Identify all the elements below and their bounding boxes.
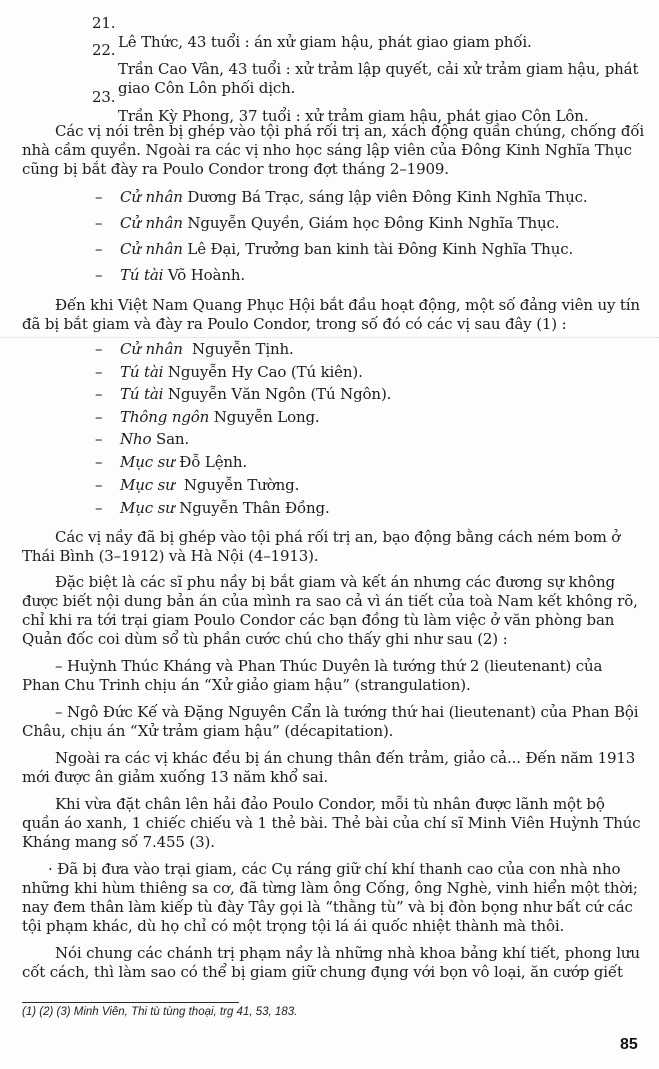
- list-item: –Nho San.: [95, 430, 189, 449]
- paragraph-line: Phan Chu Trinh chịu án “Xử giảo giam hậu…: [22, 676, 643, 695]
- footnote: (1) (2) (3) Minh Viên, Thi tù tùng thoại…: [22, 1005, 297, 1019]
- list-item: –Mục sư Đỗ Lệnh.: [95, 453, 247, 472]
- dash-bullet: –: [95, 266, 120, 285]
- item-title: Tú tài: [120, 266, 163, 284]
- paragraph-line: – Ngô Đức Kế và Đặng Nguyên Cẩn là tướng…: [22, 703, 643, 722]
- paragraph-line: Thái Bình (3–1912) và Hà Nội (4–1913).: [22, 547, 643, 566]
- paragraph-line: Các vị nầy đã bị ghép vào tội phá rối tr…: [22, 528, 643, 547]
- list-item: –Cử nhân Lê Đại, Trưởng ban kinh tài Đôn…: [95, 240, 573, 259]
- dash-bullet: –: [95, 188, 120, 207]
- item-text: Lê Đại, Trưởng ban kinh tài Đông Kinh Ng…: [183, 240, 573, 258]
- dash-bullet: –: [95, 214, 120, 233]
- item-text: Nguyễn Tịnh.: [183, 340, 294, 358]
- footnote-divider: [22, 1002, 239, 1003]
- paragraph-line: đã bị bắt giam và đày ra Poulo Condor, t…: [22, 315, 643, 334]
- paragraph-2: Đến khi Việt Nam Quang Phục Hội bắt đầu …: [22, 296, 643, 334]
- paragraph-line: Quản đốc coi dùm sổ tù phần cước chú cho…: [22, 630, 643, 649]
- paragraph-line: Kháng mang số 7.455 (3).: [22, 833, 643, 852]
- paragraph-line: quần áo xanh, 1 chiếc chiếu và 1 thẻ bài…: [22, 814, 643, 833]
- paragraph-line: Các vị nói trên bị ghép vào tội phá rối …: [22, 122, 643, 141]
- item-text: Dương Bá Trạc, sáng lập viên Đông Kinh N…: [183, 188, 588, 206]
- item-title: Thông ngôn: [120, 408, 209, 426]
- item-title: Cử nhân: [120, 214, 183, 232]
- paragraph-8: Khi vừa đặt chân lên hải đảo Poulo Condo…: [22, 795, 643, 852]
- paragraph-3: Các vị nầy đã bị ghép vào tội phá rối tr…: [22, 528, 643, 566]
- item-title: Cử nhân: [120, 340, 183, 358]
- paragraph-10: Nói chung các chánh trị phạm nầy là nhữn…: [22, 944, 643, 982]
- item-title: Mục sư: [120, 499, 175, 517]
- paragraph-line: Khi vừa đặt chân lên hải đảo Poulo Condo…: [22, 795, 643, 814]
- item-text: Nguyễn Quyền, Giám học Đông Kinh Nghĩa T…: [183, 214, 560, 232]
- dash-bullet: –: [95, 408, 120, 427]
- dash-bullet: –: [95, 453, 120, 472]
- list-item: –Mục sư Nguyễn Thân Đồng.: [95, 499, 330, 518]
- paragraph-line: những khi hùm thiêng sa cơ, đã từng làm …: [22, 879, 643, 898]
- dash-bullet: –: [95, 476, 120, 495]
- paragraph-line: · Đã bị đưa vào trại giam, các Cụ ráng g…: [22, 860, 643, 879]
- dash-bullet: –: [95, 363, 120, 382]
- dash-bullet: –: [95, 430, 120, 449]
- item-text: Đỗ Lệnh.: [175, 453, 247, 471]
- paragraph-line: Ngoài ra các vị khác đều bị án chung thâ…: [22, 749, 643, 768]
- item-title: Mục sư: [120, 476, 175, 494]
- dash-bullet: –: [95, 240, 120, 259]
- item-title: Tú tài: [120, 385, 163, 403]
- paragraph-line: tội phạm khác, dù họ chỉ có một trọng tộ…: [22, 917, 643, 936]
- list-item: –Thông ngôn Nguyễn Long.: [95, 408, 320, 427]
- item-text: Võ Hoành.: [163, 266, 245, 284]
- document-page: 21.Lê Thức, 43 tuổi : án xử giam hậu, ph…: [0, 0, 659, 1069]
- paragraph-line: nhà cầm quyền. Ngoài ra các vị nho học s…: [22, 141, 643, 160]
- numbered-item-23: 23.Trần Kỳ Phong, 37 tuổi : xử trảm giam…: [92, 88, 644, 126]
- item-title: Nho: [120, 430, 151, 448]
- item-text: San.: [151, 430, 189, 448]
- paragraph-line: cốt cách, thì làm sao có thể bị giam giữ…: [22, 963, 643, 982]
- paragraph-4: Đặc biệt là các sĩ phu nầy bị bắt giam v…: [22, 573, 643, 649]
- paragraph-6: – Ngô Đức Kế và Đặng Nguyên Cẩn là tướng…: [22, 703, 643, 741]
- paragraph-line: Đặc biệt là các sĩ phu nầy bị bắt giam v…: [22, 573, 643, 592]
- scan-artifact-line: [0, 337, 659, 338]
- list-item: –Cử nhân Dương Bá Trạc, sáng lập viên Đô…: [95, 188, 587, 207]
- page-number: 85: [620, 1036, 638, 1054]
- dash-bullet: –: [95, 385, 120, 404]
- paragraph-line: Nói chung các chánh trị phạm nầy là nhữn…: [22, 944, 643, 963]
- paragraph-line: Châu, chịu án “Xử trảm giam hậu” (décapi…: [22, 722, 643, 741]
- item-text: Nguyễn Văn Ngôn (Tú Ngôn).: [163, 385, 391, 403]
- item-text: Nguyễn Hy Cao (Tú kiên).: [163, 363, 362, 381]
- item-text-line: Trần Cao Vân, 43 tuổi : xử trảm lập quyế…: [92, 60, 644, 79]
- paragraph-9: · Đã bị đưa vào trại giam, các Cụ ráng g…: [22, 860, 643, 936]
- list-item: –Cử nhân Nguyễn Tịnh.: [95, 340, 294, 359]
- item-title: Cử nhân: [120, 240, 183, 258]
- paragraph-7: Ngoài ra các vị khác đều bị án chung thâ…: [22, 749, 643, 787]
- dash-bullet: –: [95, 340, 120, 359]
- paragraph-5: – Huỳnh Thúc Kháng và Phan Thúc Duyên là…: [22, 657, 643, 695]
- paragraph-1: Các vị nói trên bị ghép vào tội phá rối …: [22, 122, 643, 179]
- paragraph-line: mới được ân giảm xuống 13 năm khổ sai.: [22, 768, 643, 787]
- item-title: Mục sư: [120, 453, 175, 471]
- paragraph-line: chỉ khi ra tới trại giam Poulo Condor cá…: [22, 611, 643, 630]
- paragraph-line: nay đem thân làm kiếp tù đày Tây gọi là …: [22, 898, 643, 917]
- item-text: Nguyễn Tường.: [175, 476, 300, 494]
- paragraph-line: – Huỳnh Thúc Kháng và Phan Thúc Duyên là…: [22, 657, 643, 676]
- list-item: –Mục sư Nguyễn Tường.: [95, 476, 299, 495]
- list-item: –Tú tài Nguyễn Hy Cao (Tú kiên).: [95, 363, 363, 382]
- item-text: Nguyễn Long.: [209, 408, 319, 426]
- list-item: –Cử nhân Nguyễn Quyền, Giám học Đông Kin…: [95, 214, 559, 233]
- list-item: –Tú tài Nguyễn Văn Ngôn (Tú Ngôn).: [95, 385, 391, 404]
- paragraph-line: Đến khi Việt Nam Quang Phục Hội bắt đầu …: [22, 296, 643, 315]
- item-title: Tú tài: [120, 363, 163, 381]
- paragraph-line: được biết nội dung bản án của mình ra sa…: [22, 592, 643, 611]
- item-text: Nguyễn Thân Đồng.: [175, 499, 330, 517]
- list-item: –Tú tài Võ Hoành.: [95, 266, 245, 285]
- item-title: Cử nhân: [120, 188, 183, 206]
- dash-bullet: –: [95, 499, 120, 518]
- paragraph-line: cũng bị bắt đày ra Poulo Condor trong đợ…: [22, 160, 643, 179]
